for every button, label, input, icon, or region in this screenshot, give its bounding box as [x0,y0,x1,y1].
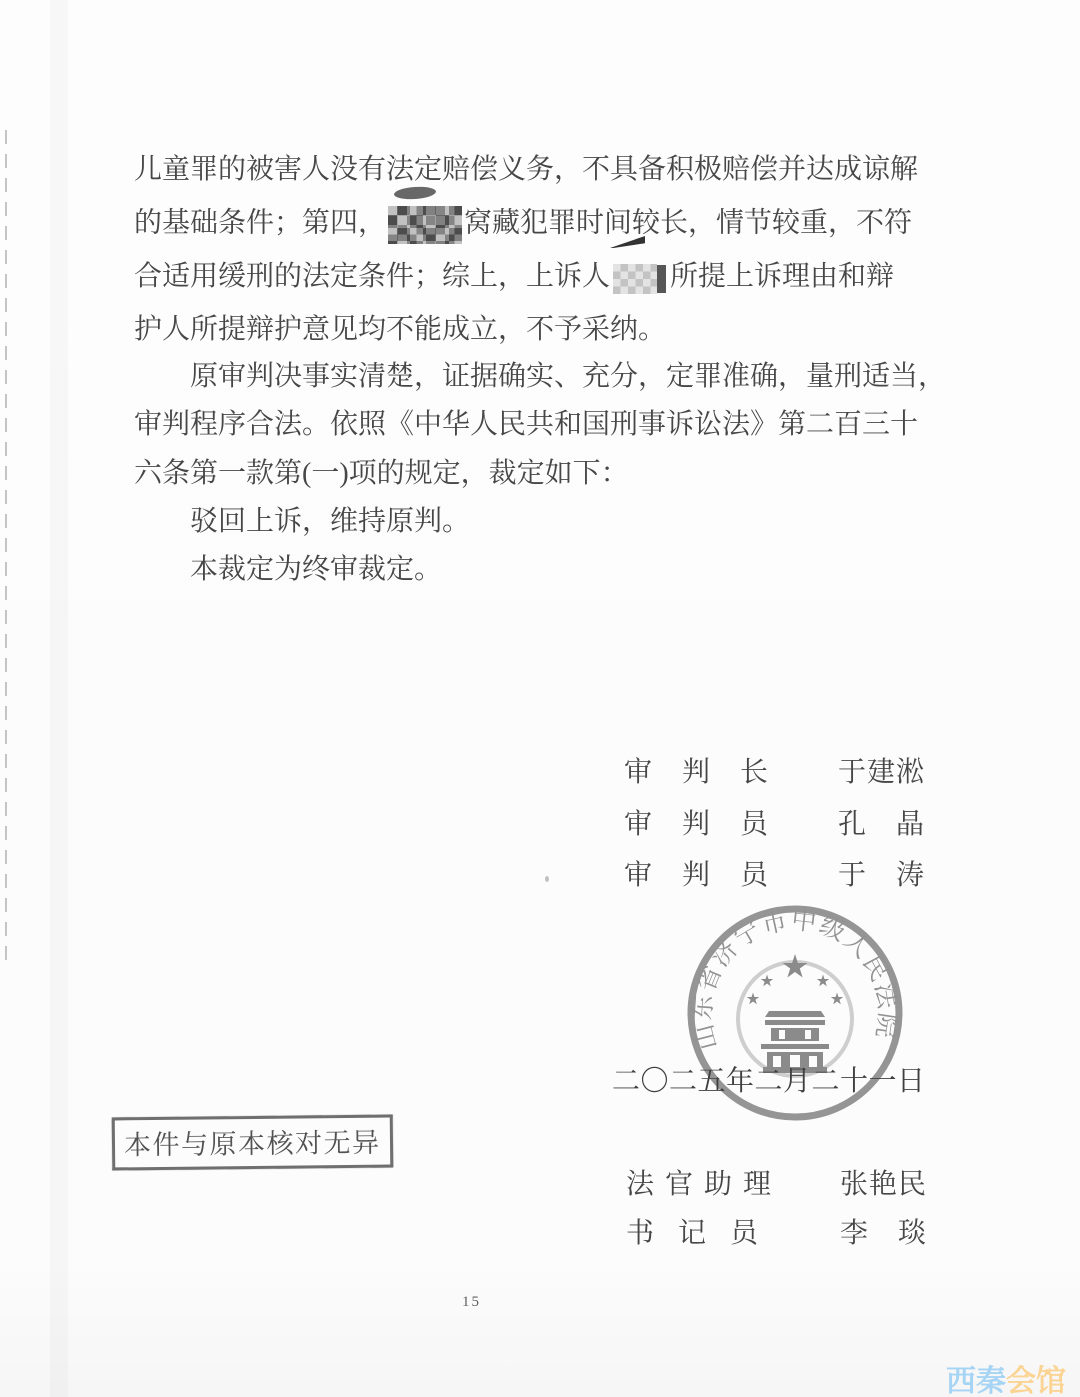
site-watermark: 西秦会馆 [946,1356,1066,1397]
assistant-row: 法官助理 张艳民 [626,1162,782,1202]
body-line-3-pre: 合适用缓刑的法定条件；综上，上诉人 [134,261,610,292]
clerk-title: 书记员 [626,1218,782,1249]
judge-3-name: 于 涛 [838,853,925,893]
final-ruling-line: 本裁定为终审裁定。 [190,553,442,587]
assistant-title: 法官助理 [626,1169,782,1200]
redaction-dark-bar [657,265,666,293]
body-line-1: 儿童罪的被害人没有法定赔偿义务，不具备积极赔偿并达成谅解 [134,153,918,187]
emblem-gate-window [805,1030,811,1039]
emblem-small-star-icon [831,993,843,1005]
scan-scratch-line [5,130,7,960]
emblem-gate-roof [765,1011,825,1017]
body-line-5: 原审判决事实清楚，证据确实、充分，定罪准确，量刑适当， [190,360,946,394]
ruling-date: 二〇二五年二月二十一日 [612,1059,926,1099]
presiding-judge-name: 于建淞 [838,750,925,790]
body-line-2-post: 窝藏犯罪时间较长，情节较重，不符 [464,207,912,238]
redaction-mosaic-name-2 [613,264,657,294]
verification-stamp: 本件与原本核对无异 [112,1115,393,1171]
page-number: 15 [462,1294,481,1311]
emblem-gate-band [765,1020,825,1025]
emblem-gate-band-2 [761,1044,829,1049]
redaction-mosaic-name-1 [388,206,462,244]
emblem-big-star-icon [783,954,808,978]
judge-2-title: 审判员 [624,809,798,840]
body-line-6: 审判程序合法。依照《中华人民共和国刑事诉讼法》第二百三十 [134,408,918,442]
presiding-judge-row: 审判长 于建淞 [624,750,798,790]
clerk-row: 书记员 李 琰 [626,1211,782,1251]
judge-row-3: 审判员 于 涛 [624,853,798,893]
body-line-2: 的基础条件；第四，窝藏犯罪时间较长，情节较重，不符 [134,206,912,244]
judge-2-name: 孔 晶 [838,802,925,842]
body-line-3: 合适用缓刑的法定条件；综上，上诉人所提上诉理由和辩 [134,260,894,294]
redaction-smudge [394,186,437,201]
body-line-4: 护人所提辩护意见均不能成立，不予采纳。 [134,313,666,347]
emblem-gate-wall [771,1028,819,1041]
judge-3-title: 审判员 [624,860,798,891]
emblem-small-star-icon [817,975,829,987]
emblem-gate-window [779,1030,785,1039]
watermark-part-1: 西秦 [946,1365,1006,1397]
emblem-small-star-icon [747,993,759,1005]
ruling-line: 驳回上诉，维持原判。 [190,505,470,539]
assistant-name: 张艳民 [840,1162,927,1202]
body-line-7: 六条第一款第(一)项的规定，裁定如下： [134,457,629,491]
body-line-2-pre: 的基础条件；第四， [134,207,386,238]
scan-shading-band [50,0,68,1397]
clerk-name: 李 琰 [840,1211,927,1251]
watermark-part-2: 会馆 [1006,1365,1066,1397]
emblem-small-star-icon [761,975,773,987]
scanned-court-ruling-page: 儿童罪的被害人没有法定赔偿义务，不具备积极赔偿并达成谅解 的基础条件；第四，窝藏… [0,0,1080,1397]
presiding-judge-title: 审判长 [624,757,798,788]
body-line-3-post: 所提上诉理由和辩 [670,261,894,292]
judge-row-2: 审判员 孔 晶 [624,802,798,842]
scan-dot-artifact [545,876,549,882]
